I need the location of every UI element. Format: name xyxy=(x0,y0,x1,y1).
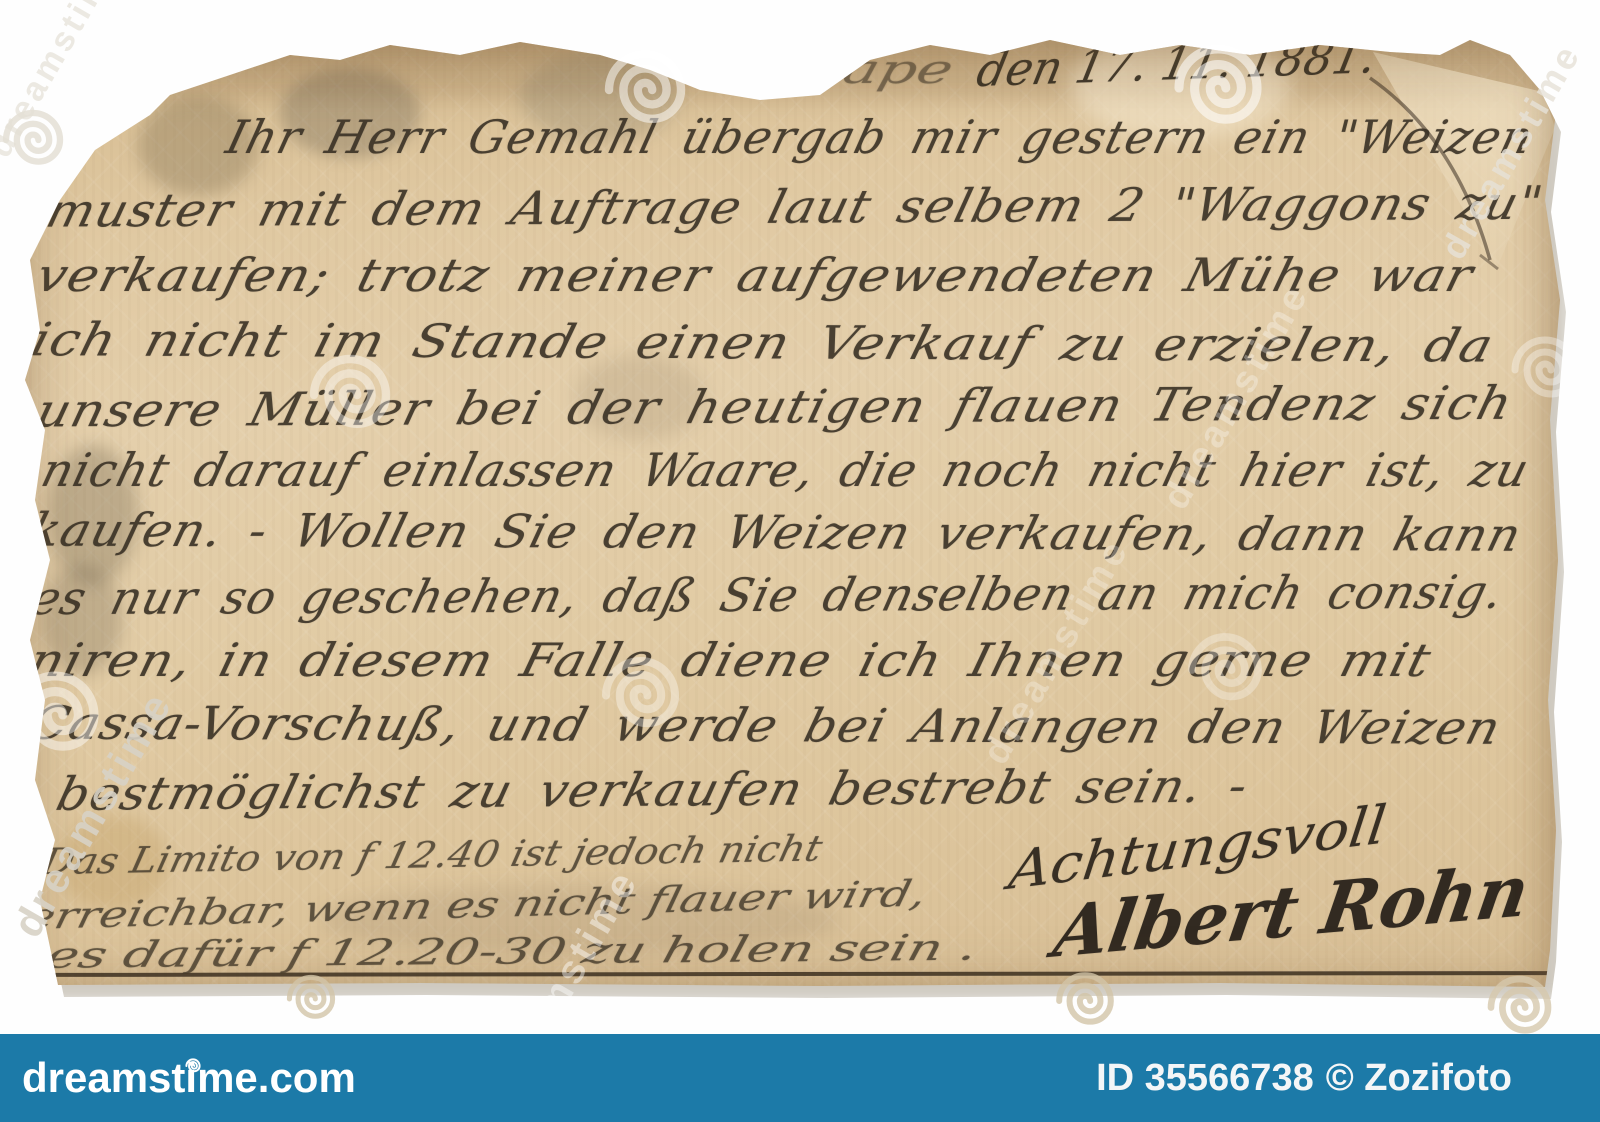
postscript-line: Das Limito von f 12.40 ist jedoch nicht xyxy=(40,829,746,884)
paper-stain xyxy=(575,355,705,440)
postscript-line: erreichbar, wenn es nicht flauer wird, xyxy=(25,878,716,939)
photographer-credit: © Zozifoto xyxy=(1326,1057,1512,1100)
postscript-line: es dafür f 12.20-30 zu holen sein . xyxy=(45,929,667,978)
paper-stain xyxy=(138,96,258,196)
handwriting-line: verkaufen; trotz meiner aufgewendeten Mü… xyxy=(35,248,1310,303)
fold-crease-line xyxy=(20,30,1565,992)
paper-stain xyxy=(48,445,138,585)
paper-stain xyxy=(1070,30,1290,140)
image-id: ID 35566738 xyxy=(1096,1057,1314,1100)
footer-bar: dreamstime.com ID 35566738 © Zozifoto xyxy=(0,1034,1600,1122)
dateline-place: sudape xyxy=(735,46,880,94)
paper-stain xyxy=(42,565,122,675)
dreamstime-spiral-icon xyxy=(182,1039,204,1061)
signature: Albert Rohn xyxy=(1047,849,1527,974)
letter-paper: sudape den 17. 11. 1881. Ihr Herr Gemahl… xyxy=(20,30,1565,992)
handwriting-line: kaufen. - Wollen Sie den Weizen verkaufe… xyxy=(28,503,1430,563)
closing-line: Achtungsvoll xyxy=(1002,799,1349,903)
paper-stain xyxy=(320,885,840,955)
dateline-date: den 17. 11. 1881. xyxy=(974,29,1384,98)
handwriting-line: muster mit dem Auftrage laut selbem 2 "W… xyxy=(45,176,1430,238)
watermark-spiral-icon xyxy=(0,95,78,185)
handwriting-line: ich nicht im Stande einen Verkauf zu erz… xyxy=(30,312,1307,373)
watermark-text: dreamstime xyxy=(0,0,130,164)
handwriting-line: unsere Müller bei der heutigen flauen Te… xyxy=(35,377,1362,439)
image-credit: ID 35566738 © Zozifoto xyxy=(1096,1057,1512,1100)
handwriting-line: niren, in diesem Falle diene ich Ihnen g… xyxy=(28,633,1279,688)
paper-stain xyxy=(280,68,420,158)
paper-stain xyxy=(520,52,680,142)
paper-stain xyxy=(58,815,168,910)
handwriting-line: Cassa-Vorschuß, und werde bei Anlangen d… xyxy=(28,696,1386,756)
paper-fold-corner xyxy=(1365,44,1560,274)
paper-stain xyxy=(20,30,1565,100)
paper-bottom-rule xyxy=(50,971,1550,977)
dreamstime-logo: dreamstime.com xyxy=(22,1054,356,1102)
handwriting-line: es nur so geschehen, daß Sie denselben a… xyxy=(30,565,1489,627)
handwriting-line: bestmöglichst zu verkaufen bestrebt sein… xyxy=(55,759,1157,822)
handwriting-line: Ihr Herr Gemahl übergab mir gestern ein … xyxy=(225,110,1517,165)
handwriting-line: nicht darauf einlassen Waare, die noch n… xyxy=(40,443,1491,498)
